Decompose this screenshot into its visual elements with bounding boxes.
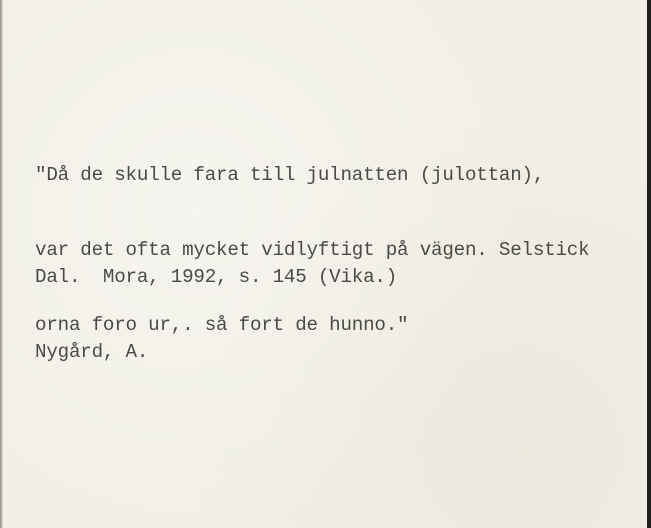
source-reference: Dal. Mora, 1992, s. 145 (Vika.) xyxy=(35,265,397,290)
card-left-edge xyxy=(0,0,3,528)
card-right-edge xyxy=(647,0,651,528)
informant-name: Nygård, A. xyxy=(35,340,397,365)
source-citation: Dal. Mora, 1992, s. 145 (Vika.) Nygård, … xyxy=(35,215,397,415)
quote-line: "Då de skulle fara till julnatten (julot… xyxy=(35,163,589,188)
archive-card: "Då de skulle fara till julnatten (julot… xyxy=(0,0,651,528)
